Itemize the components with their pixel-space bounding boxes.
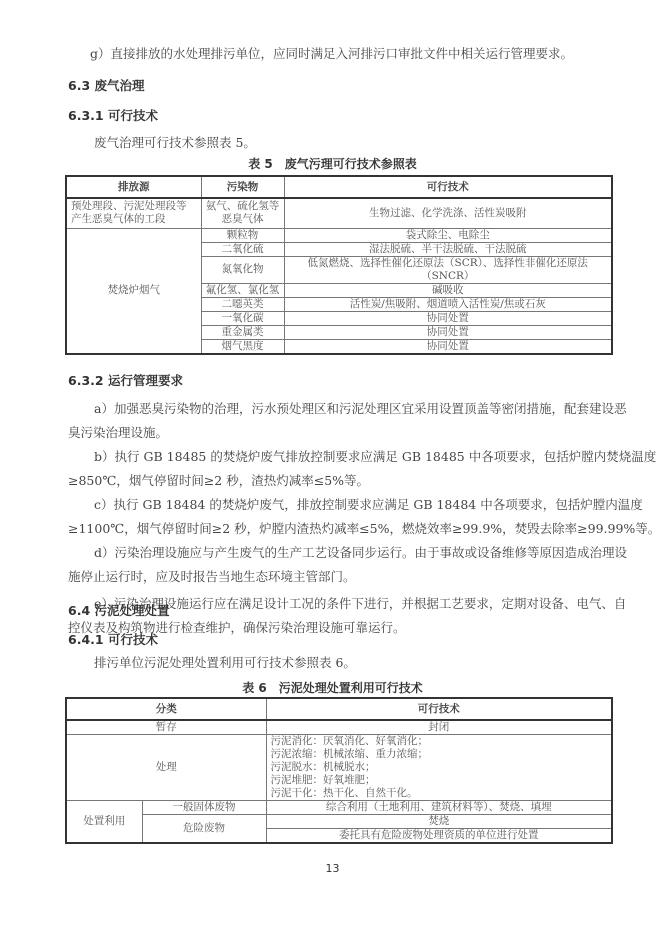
paragraph-c-line2: ≥1100℃，烟气停留时间≥2 秒，炉膛内渣热灼减率≤5%，燃烧效率≥99.9%… xyxy=(68,521,660,537)
paragraph-b-line1: b）执行 GB 18485 的焚烧炉废气排放控制要求应满足 GB 18485 中… xyxy=(94,449,656,465)
table6-category-cell: 暂存 xyxy=(66,720,266,735)
table5-pollutant-cell: 重金属类 xyxy=(201,325,284,339)
table6-caption: 表 6 污泥处理处置利用可行技术 xyxy=(0,679,665,696)
heading-6-4: 6.4 污泥处理处置 xyxy=(68,601,170,619)
paragraph-6-4-1: 排污单位污泥处理处置利用可行技术参照表 6。 xyxy=(94,655,356,671)
paragraph-a-line2: 臭污染治理设施。 xyxy=(68,425,168,441)
table5-header-row: 排放源 污染物 可行技术 xyxy=(66,176,612,198)
table5-pollutant-cell: 二氧化硫 xyxy=(201,242,284,256)
heading-6-4-1: 6.4.1 可行技术 xyxy=(68,630,158,648)
table5-header-pollutant: 污染物 xyxy=(201,176,284,198)
table5-pollutant-cell: 颗粒物 xyxy=(201,228,284,242)
table5-pollutant-cell: 一氧化碳 xyxy=(201,311,284,325)
paragraph-e-line1: e）污染治理设施运行应在满足设计工况的条件下进行，并根据工艺要求，定期对设备、电… xyxy=(94,596,626,612)
table5-pollutant-cell: 二噁英类 xyxy=(201,297,284,311)
treatment-line: 污泥浓缩：机械浓缩、重力浓缩； xyxy=(271,748,608,761)
table5-source-cell: 焚烧炉烟气 xyxy=(66,228,201,354)
table5-source-cell: 预处理段、污泥处理段等产生恶臭气体的工段 xyxy=(66,198,201,228)
table5-tech-cell: 袋式除尘、电除尘 xyxy=(284,228,612,242)
table5-tech-cell: 生物过滤、化学洗涤、活性炭吸附 xyxy=(284,198,612,228)
page-number: 13 xyxy=(0,862,665,875)
table5-tech-cell: 碱吸收 xyxy=(284,283,612,297)
table5-tech-cell: 低氮燃烧、选择性催化还原法（SCR）、选择性非催化还原法（SNCR） xyxy=(284,256,612,283)
table5-tech-cell: 协同处置 xyxy=(284,311,612,325)
table-row: 危险废物 焚烧 xyxy=(66,815,612,829)
heading-6-3-1: 6.3.1 可行技术 xyxy=(68,106,158,124)
paragraph-a-line1: a）加强恶臭污染物的治理，污水预处理区和污泥处理区宜采用设置顶盖等密闭措施，配套… xyxy=(94,401,626,417)
table-row: 处理 污泥消化：厌氧消化、好氧消化； 污泥浓缩：机械浓缩、重力浓缩； 污泥脱水：… xyxy=(66,735,612,801)
heading-6-3: 6.3 废气治理 xyxy=(68,76,145,94)
treatment-line: 污泥堆肥：好氧堆肥； xyxy=(271,774,608,787)
table5-tech-cell: 协同处置 xyxy=(284,325,612,339)
treatment-line: 污泥脱水：机械脱水； xyxy=(271,761,608,774)
table6-header-row: 分类 可行技术 xyxy=(66,698,612,720)
table5-tech-cell: 协同处置 xyxy=(284,339,612,354)
table6-header-category: 分类 xyxy=(66,698,266,720)
treatment-line: 污泥消化：厌氧消化、好氧消化； xyxy=(271,735,608,748)
table5-pollutant-cell: 氟化氢、氯化氢 xyxy=(201,283,284,297)
table5-header-source: 排放源 xyxy=(66,176,201,198)
table5-pollutant-cell: 烟气黑度 xyxy=(201,339,284,354)
table5-caption: 表 5 废气污理可行技术参照表 xyxy=(0,155,665,172)
table6-category-cell: 处理 xyxy=(66,735,266,801)
paragraph-c-line1: c）执行 GB 18484 的焚烧炉废气，排放控制要求应满足 GB 18484 … xyxy=(94,497,643,513)
paragraph-b-line2: ≥850℃，烟气停留时间≥2 秒，渣热灼减率≤5%等。 xyxy=(68,473,369,489)
treatment-line: 污泥干化：热干化、自然干化。 xyxy=(271,787,608,800)
table5-pollutant-cell: 氨气、硫化氢等恶臭气体 xyxy=(201,198,284,228)
table-6: 分类 可行技术 暂存 封闭 处理 污泥消化：厌氧消化、好氧消化； 污泥浓缩：机械… xyxy=(65,697,613,844)
table6-tech-cell: 委托具有危险废物处理资质的单位进行处置 xyxy=(266,829,612,844)
paragraph-6-3-1: 废气治理可行技术参照表 5。 xyxy=(94,135,256,151)
paragraph-g: g）直接排放的水处理排污单位，应同时满足入河排污口审批文件中相关运行管理要求。 xyxy=(90,46,573,62)
paragraph-d-line1: d）污染治理设施应与产生废气的生产工艺设备同步运行。由于事故或设备维修等原因造成… xyxy=(94,545,627,561)
table5-tech-cell: 湿法脱硫、半干法脱硫、干法脱硫 xyxy=(284,242,612,256)
heading-6-3-2: 6.3.2 运行管理要求 xyxy=(68,371,183,389)
paragraph-d-line2: 施停止运行时，应及时报告当地生态环境主管部门。 xyxy=(68,569,356,585)
table6-tech-cell: 焚烧 xyxy=(266,815,612,829)
table6-subcategory-cell: 危险废物 xyxy=(142,815,266,844)
table6-tech-cell: 封闭 xyxy=(266,720,612,735)
table6-tech-cell: 综合利用（土地利用、建筑材料等）、焚烧、填埋 xyxy=(266,801,612,815)
table6-header-tech: 可行技术 xyxy=(266,698,612,720)
table6-subcategory-cell: 一般固体废物 xyxy=(142,801,266,815)
table-row: 暂存 封闭 xyxy=(66,720,612,735)
table5-tech-cell: 活性炭/焦吸附、烟道喷入活性炭/焦或石灰 xyxy=(284,297,612,311)
table-5: 排放源 污染物 可行技术 预处理段、污泥处理段等产生恶臭气体的工段 氨气、硫化氢… xyxy=(65,175,613,355)
table5-pollutant-cell: 氮氧化物 xyxy=(201,256,284,283)
table6-category-cell: 处置利用 xyxy=(66,801,142,844)
table-row: 焚烧炉烟气 颗粒物 袋式除尘、电除尘 xyxy=(66,228,612,242)
table6-treatment-tech-cell: 污泥消化：厌氧消化、好氧消化； 污泥浓缩：机械浓缩、重力浓缩； 污泥脱水：机械脱… xyxy=(266,735,612,801)
table5-header-tech: 可行技术 xyxy=(284,176,612,198)
table-row: 处置利用 一般固体废物 综合利用（土地利用、建筑材料等）、焚烧、填埋 xyxy=(66,801,612,815)
table-row: 预处理段、污泥处理段等产生恶臭气体的工段 氨气、硫化氢等恶臭气体 生物过滤、化学… xyxy=(66,198,612,228)
